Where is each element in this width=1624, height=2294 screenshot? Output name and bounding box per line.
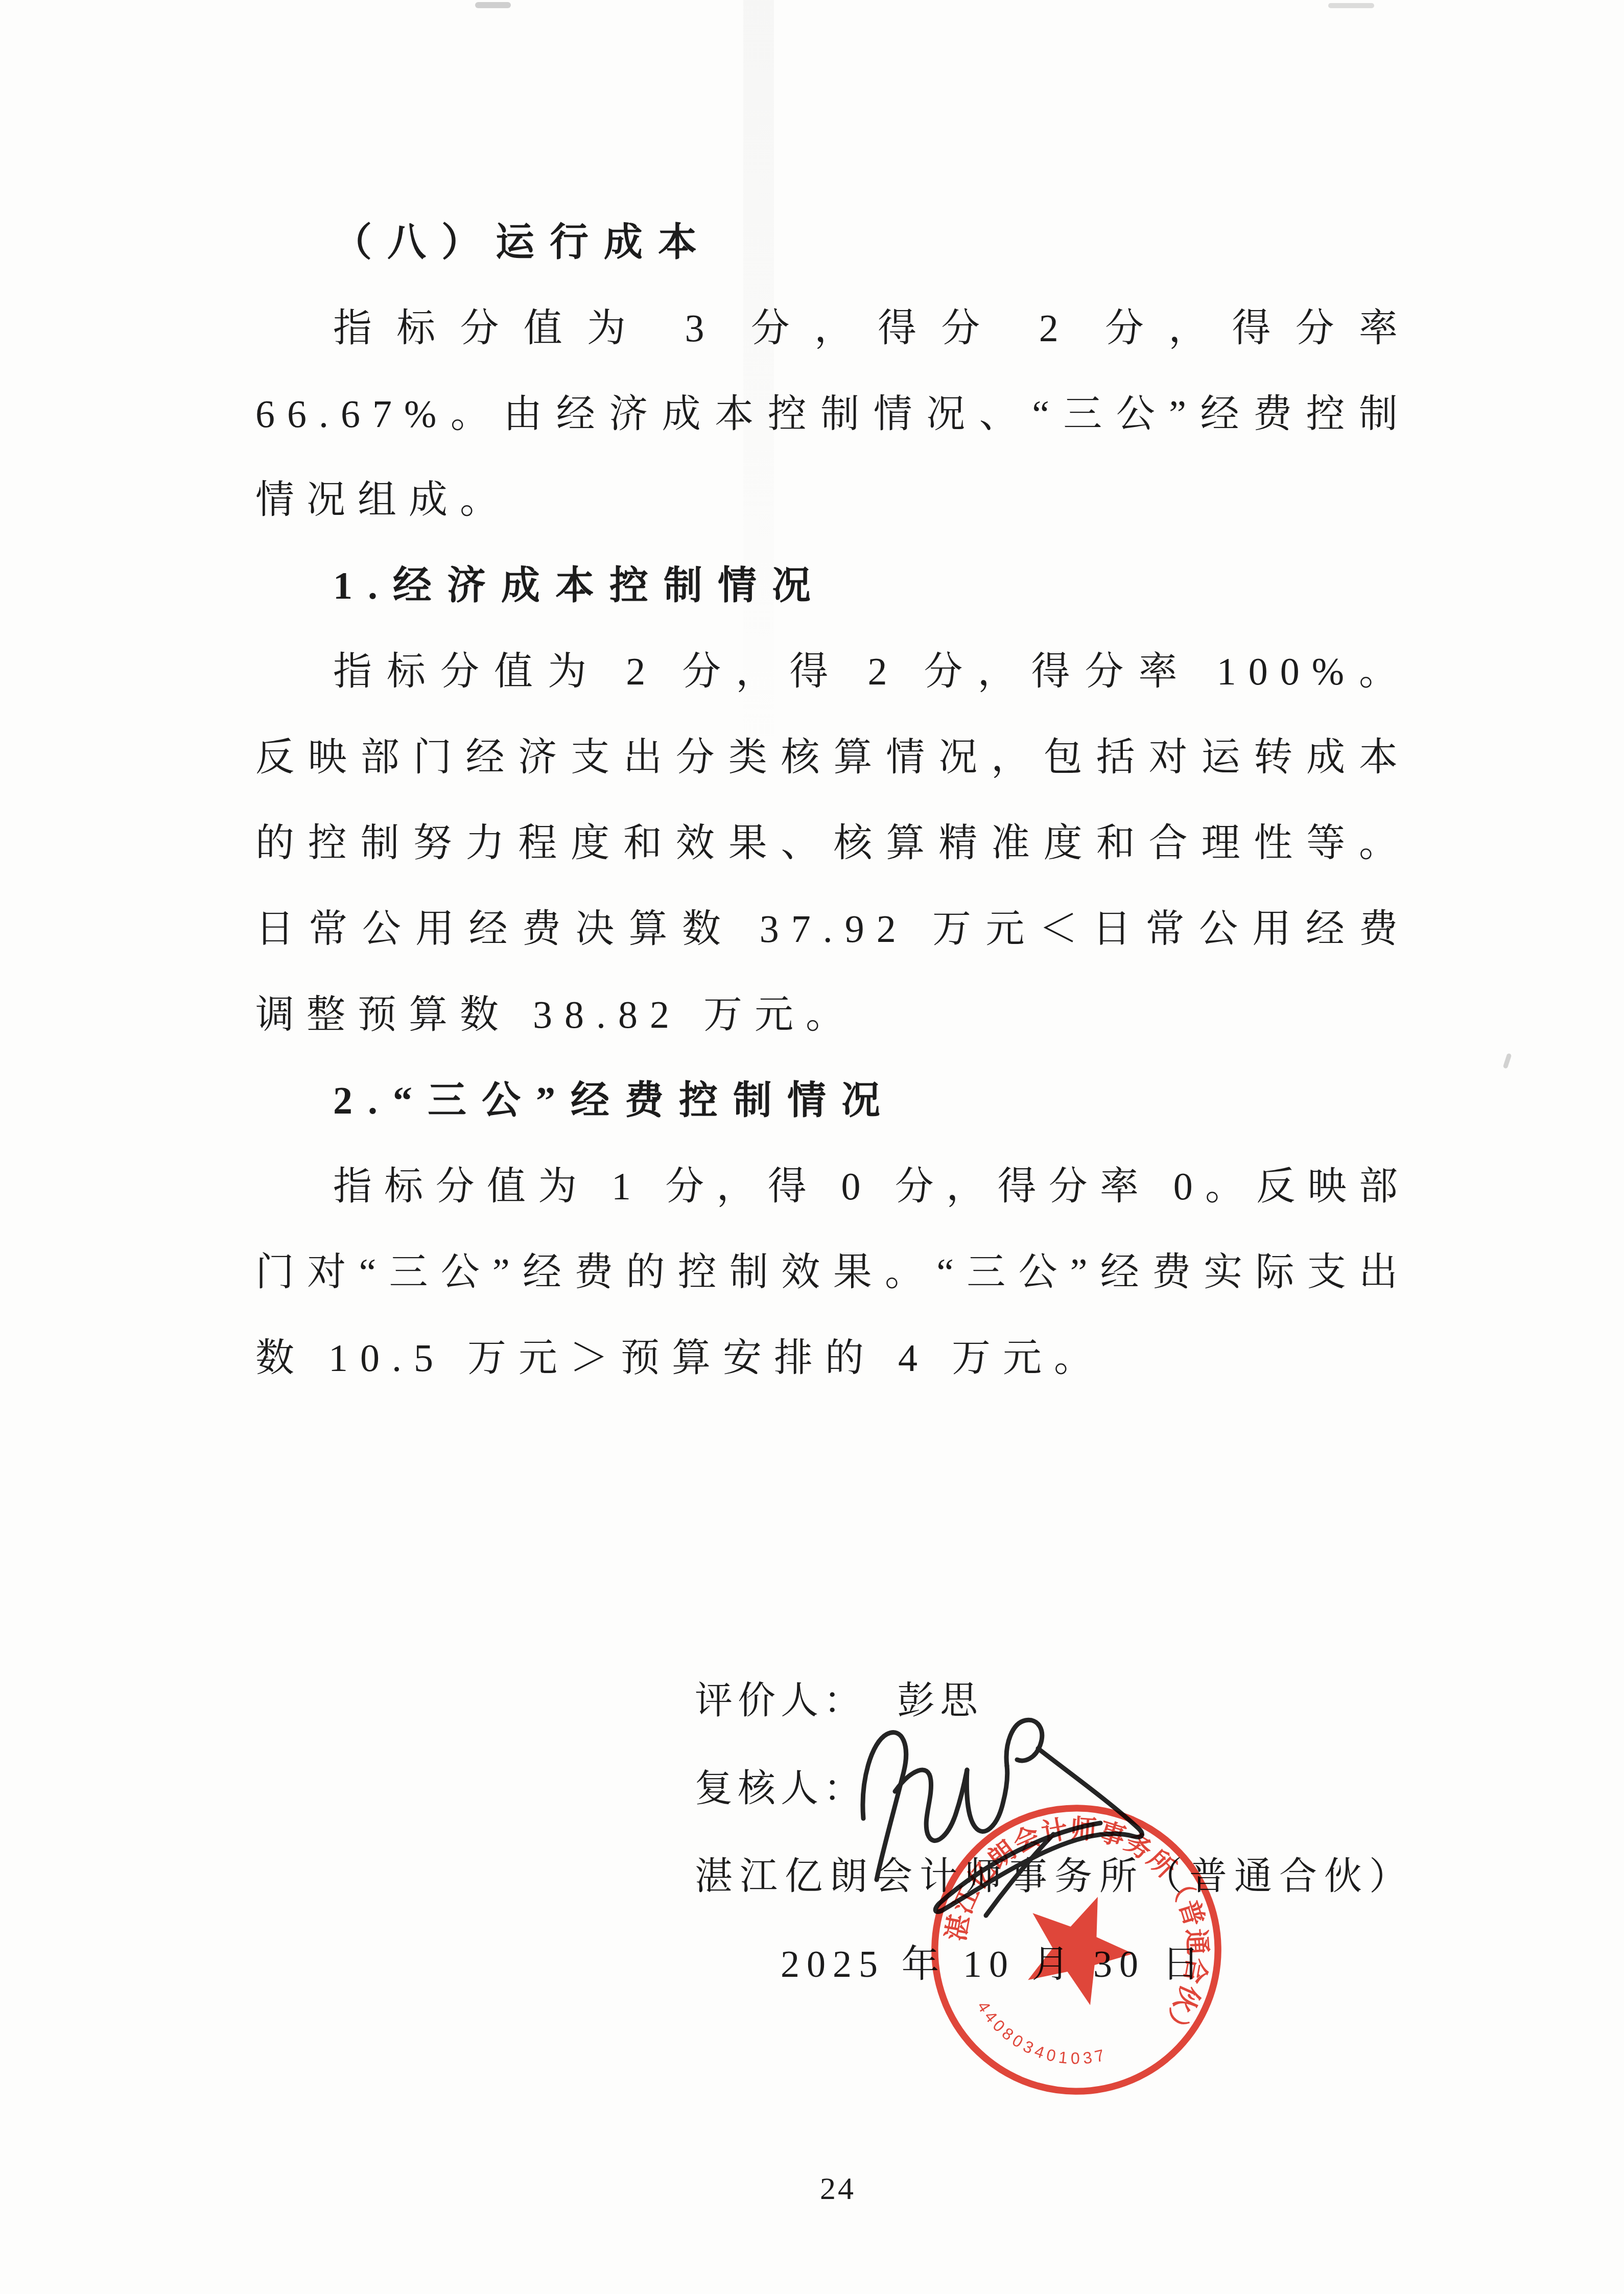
subsection-heading-1: 1.经济成本控制情况 <box>255 543 1410 629</box>
section-heading: （八）运行成本 <box>255 200 1410 286</box>
page-number: 24 <box>787 2171 889 2207</box>
evaluator-name: 彭思 <box>897 1680 983 1722</box>
scan-edge-artifact <box>475 2 511 8</box>
paragraph-economic-cost: 指标分值为 2 分，得 2 分，得分率 100%。反映部门经济支出分类核算情况，… <box>255 629 1410 1058</box>
reviewer-row: 复核人： <box>695 1745 1414 1833</box>
signature-block: 评价人：彭思 复核人： 湛江亿朗会计师事务所（普通合伙） 2025 年 10 月… <box>695 1657 1414 2008</box>
evaluator-label: 评价人： <box>695 1680 866 1722</box>
paragraph-three-public-funds: 指标分值为 1 分，得 0 分，得分率 0。反映部门对“三公”经费的控制效果。“… <box>255 1144 1410 1401</box>
paragraph-overview: 指标分值为 3 分，得分 2 分，得分率 66.67%。由经济成本控制情况、“三… <box>255 286 1410 543</box>
scan-speck-artifact <box>1503 1053 1512 1069</box>
scan-edge-artifact <box>1328 3 1374 8</box>
firm-name: 湛江亿朗会计师事务所（普通合伙） <box>695 1833 1414 1921</box>
subsection-heading-2: 2.“三公”经费控制情况 <box>255 1058 1410 1144</box>
evaluator-row: 评价人：彭思 <box>695 1657 1414 1745</box>
report-body: （八）运行成本 指标分值为 3 分，得分 2 分，得分率 66.67%。由经济成… <box>255 200 1410 1401</box>
reviewer-label: 复核人： <box>695 1768 866 1810</box>
document-page: （八）运行成本 指标分值为 3 分，得分 2 分，得分率 66.67%。由经济成… <box>0 0 1624 2294</box>
report-date: 2025 年 10 月 30 日 <box>695 1921 1414 2008</box>
